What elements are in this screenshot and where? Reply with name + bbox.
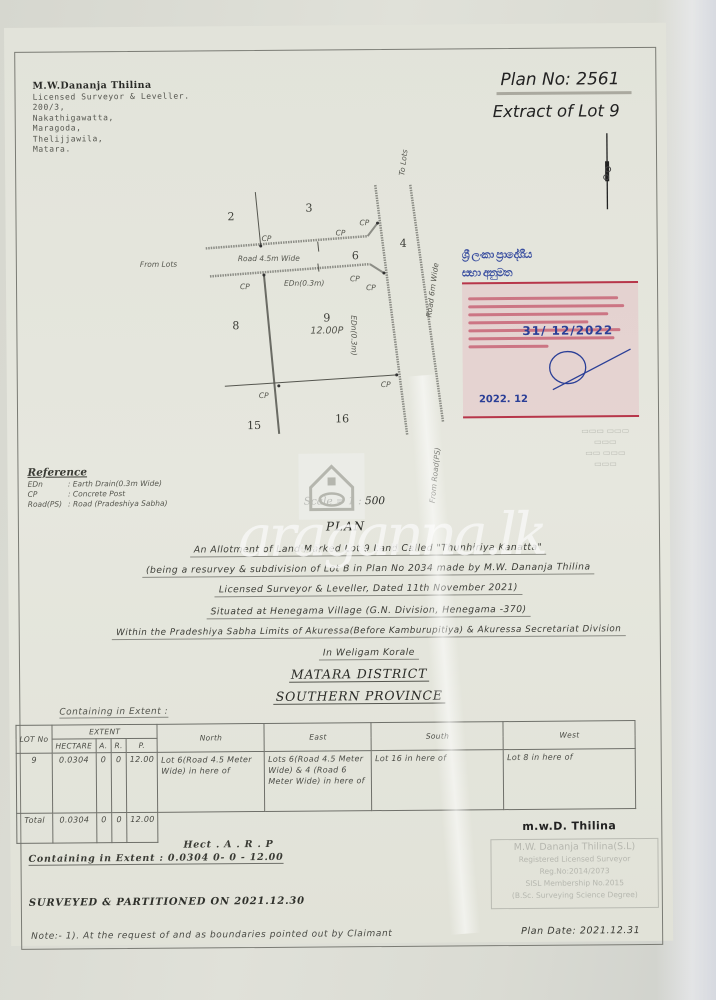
stamp-date: 31/ 12/2022 xyxy=(522,323,613,338)
col-p: P. xyxy=(126,738,158,752)
col-north: North xyxy=(157,723,264,752)
containing-extent-label: Containing in Extent : xyxy=(59,707,168,719)
surveyor-seal: M.W. Dananja Thilina(S.L) Registered Lic… xyxy=(490,838,659,909)
faded-stamp-text: ▭▭▭ ▭▭▭▭▭▭▭▭ ▭▭▭▭▭▭ xyxy=(555,425,655,470)
cell-west: Lot 8 in here of xyxy=(504,749,636,810)
extract-title: Extract of Lot 9 xyxy=(493,101,620,121)
watermark-logo: aragannа.lk xyxy=(238,500,545,570)
district-heading: MATARA DISTRICT xyxy=(209,665,509,682)
survey-plan-sheet: M.W.Dananja Thilina Licensed Surveyor & … xyxy=(4,23,673,946)
watermark-subtext: ARAGANNA xyxy=(298,541,422,556)
reference-code: Road(PS) xyxy=(28,500,68,510)
approval-stamp: 31/ 12/2022 2022. 12 xyxy=(462,281,639,418)
col-extent: EXTENT xyxy=(52,724,158,739)
cell-total-p: 12.00 xyxy=(127,812,159,842)
stamp-header-handwriting: ශ්‍රී ලංකා ප්‍රාදේශීයසභා අනුමත xyxy=(462,245,662,283)
cell-p: 12.00 xyxy=(126,752,158,812)
cell-hectare: 0.0304 xyxy=(52,753,96,813)
district-text: MATARA DISTRICT xyxy=(289,666,429,683)
col-lot-no: LOT No xyxy=(16,725,52,753)
col-west: West xyxy=(503,721,635,750)
cell-total-hectare: 0.0304 xyxy=(52,813,96,843)
stamp-bottom-date: 2022. 12 xyxy=(479,394,528,405)
surveyor-signature: m.w.D. Thilina xyxy=(522,819,616,833)
cell-lot-no: 9 xyxy=(16,753,52,813)
col-a: A. xyxy=(96,739,111,753)
seal-line: (B.Sc. Surveying Science Degree) xyxy=(492,889,658,902)
plan-number: Plan No: 2561 xyxy=(500,69,619,90)
seal-line: M.W. Dananja Thilina(S.L) xyxy=(491,841,657,854)
surveyed-date: SURVEYED & PARTITIONED ON 2021.12.30 xyxy=(29,896,305,909)
cell-east: Lots 6(Road 4.5 Meter Wide) & 4 (Road 6 … xyxy=(265,751,372,812)
reference-title: Reference xyxy=(27,467,173,478)
plan-date: Plan Date: 2021.12.31 xyxy=(521,925,640,937)
north-arrow-icon xyxy=(595,131,620,211)
col-hectare: HECTARE xyxy=(52,739,96,753)
table-row: 9 0.0304 0 0 12.00 Lot 6(Road 4.5 Meter … xyxy=(16,749,636,814)
col-r: R. xyxy=(111,739,126,753)
description-text: In Weligam Korale xyxy=(319,647,419,661)
cell-total-r: 0 xyxy=(111,813,126,843)
surveyor-title: Licensed Surveyor & Leveller. xyxy=(33,91,190,103)
reference-desc: : Earth Drain(0.3m Wide) xyxy=(68,479,174,490)
province-heading: SOUTHERN PROVINCE xyxy=(209,687,509,704)
address-line: Matara. xyxy=(33,144,190,156)
cell-total-label: Total xyxy=(17,813,53,843)
reference-item: Road(PS): Road (Pradeshiya Sabha) xyxy=(28,499,174,510)
description-text: Licensed Surveyor & Leveller, Dated 11th… xyxy=(215,582,522,597)
extent-summary-text: Containing in Extent : 0.0304 0- 0 - 12.… xyxy=(28,852,283,866)
surveyor-block: M.W.Dananja Thilina Licensed Surveyor & … xyxy=(32,81,190,156)
cell-r: 0 xyxy=(111,753,127,813)
cell-total-a: 0 xyxy=(96,813,112,843)
province-text: SOUTHERN PROVINCE xyxy=(274,688,445,705)
description-text: Situated at Henegama Village (G.N. Divis… xyxy=(207,604,531,620)
stamp-signature xyxy=(522,341,632,402)
table-header-row: LOT No EXTENT North East South West xyxy=(16,721,635,740)
cell-north: Lot 6(Road 4.5 Meter Wide) in here of xyxy=(158,751,265,812)
extent-summary: Hect . A . R . P Containing in Extent : … xyxy=(28,852,283,866)
reference-code: CP xyxy=(28,490,68,500)
cell-a: 0 xyxy=(96,753,112,813)
reference-code: EDn xyxy=(28,480,68,490)
reference-desc: : Road (Pradeshiya Sabha) xyxy=(68,499,174,510)
reference-legend: Reference EDn: Earth Drain(0.3m Wide) CP… xyxy=(27,467,173,510)
units-header: Hect . A . R . P xyxy=(183,839,273,851)
reference-table: EDn: Earth Drain(0.3m Wide) CP: Concrete… xyxy=(28,479,174,510)
col-east: East xyxy=(264,723,371,752)
reference-item: EDn: Earth Drain(0.3m Wide) xyxy=(28,479,174,490)
